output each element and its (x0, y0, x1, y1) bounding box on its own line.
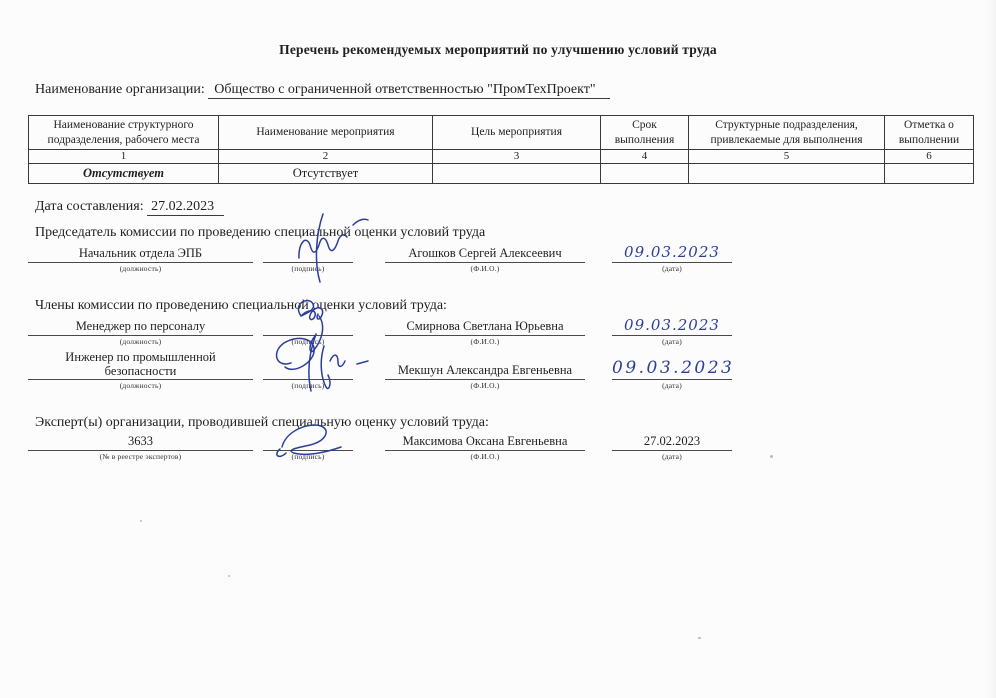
name-label: (Ф.И.О.) (385, 380, 585, 390)
organization-name: Общество с ограниченной ответственностью… (208, 82, 609, 99)
compilation-date-value: 27.02.2023 (147, 199, 224, 216)
document-title: Перечень рекомендуемых мероприятий по ул… (30, 42, 966, 58)
position-label: (должность) (28, 336, 253, 346)
cell-measure-goal (433, 164, 601, 184)
cell-structural-unit: Отсутствует (29, 164, 219, 184)
header-completion-mark: Отметка о выполнении (885, 116, 974, 150)
handwritten-date: 09.03.2023 (624, 243, 720, 261)
table-header-row: Наименование структурного подразделения,… (29, 116, 974, 150)
column-number: 2 (219, 150, 433, 164)
measures-table: Наименование структурного подразделения,… (28, 115, 974, 184)
members-heading: Члены комиссии по проведению специальной… (35, 298, 996, 314)
cell-deadline (601, 164, 689, 184)
date-label: (дата) (612, 336, 732, 346)
header-measure-name: Наименование мероприятия (219, 116, 433, 150)
organization-label: Наименование организации: (35, 82, 205, 97)
name-label: (Ф.И.О.) (385, 336, 585, 346)
date-label: (дата) (612, 451, 732, 461)
table-row: Отсутствует Отсутствует (29, 164, 974, 184)
header-measure-goal: Цель мероприятия (433, 116, 601, 150)
column-number: 1 (29, 150, 219, 164)
header-deadline: Срок выполнения (601, 116, 689, 150)
handwritten-date: 09.03.2023 (624, 316, 720, 334)
date-label: (дата) (612, 380, 732, 390)
cell-completion-mark (885, 164, 974, 184)
scan-speck (698, 637, 701, 639)
scan-speck (140, 520, 142, 522)
signature-row-member-1: Менеджер по персоналу (должность) (подпи… (0, 317, 996, 346)
signature-line (263, 363, 353, 380)
signature-label: (подпись) (263, 263, 353, 273)
cell-measure-name: Отсутствует (219, 164, 433, 184)
scanned-document-page: Перечень рекомендуемых мероприятий по ул… (0, 0, 996, 698)
chairman-heading: Председатель комиссии по проведению спец… (35, 225, 996, 241)
signature-label: (подпись) (263, 336, 353, 346)
name-value: Агошков Сергей Алексеевич (385, 246, 585, 263)
position-value: Менеджер по персоналу (28, 319, 253, 336)
header-involved-units: Структурные подразделения, привлекаемые … (689, 116, 885, 150)
signature-line (263, 319, 353, 336)
position-value: Инженер по промышленной безопасности (28, 350, 253, 380)
signature-line (263, 246, 353, 263)
handwritten-date: 09.03.2023 (612, 358, 734, 378)
scan-speck (228, 575, 230, 577)
signature-label: (подпись) (263, 380, 353, 390)
date-label: (дата) (612, 263, 732, 273)
scan-speck (770, 455, 773, 458)
column-number: 5 (689, 150, 885, 164)
name-label: (Ф.И.О.) (385, 263, 585, 273)
cell-involved-units (689, 164, 885, 184)
header-structural-unit: Наименование структурного подразделения,… (29, 116, 219, 150)
signature-row-member-2: Инженер по промышленной безопасности (до… (0, 350, 996, 390)
registry-number-value: 3633 (28, 434, 253, 451)
column-number: 3 (433, 150, 601, 164)
column-number: 4 (601, 150, 689, 164)
position-label: (должность) (28, 380, 253, 390)
compilation-date-line: Дата составления: 27.02.2023 (35, 199, 996, 215)
registry-number-label: (№ в реестре экспертов) (28, 451, 253, 461)
position-label: (должность) (28, 263, 253, 273)
column-number: 6 (885, 150, 974, 164)
experts-heading: Эксперт(ы) организации, проводившей спец… (35, 415, 996, 431)
position-value: Начальник отдела ЭПБ (28, 246, 253, 263)
name-value: Мекшун Александра Евгеньевна (385, 363, 585, 380)
signature-label: (подпись) (263, 451, 353, 461)
organization-line: Наименование организации: Общество с огр… (35, 82, 996, 98)
compilation-date-label: Дата составления: (35, 199, 144, 214)
signature-line (263, 434, 353, 451)
name-label: (Ф.И.О.) (385, 451, 585, 461)
table-column-numbers-row: 1 2 3 4 5 6 (29, 150, 974, 164)
signature-row-chairman: Начальник отдела ЭПБ (должность) (подпис… (0, 244, 996, 273)
name-value: Максимова Оксана Евгеньевна (385, 434, 585, 451)
signature-row-expert: 3633 (№ в реестре экспертов) (подпись) М… (0, 434, 996, 461)
name-value: Смирнова Светлана Юрьевна (385, 319, 585, 336)
typed-date-value: 27.02.2023 (612, 434, 732, 451)
